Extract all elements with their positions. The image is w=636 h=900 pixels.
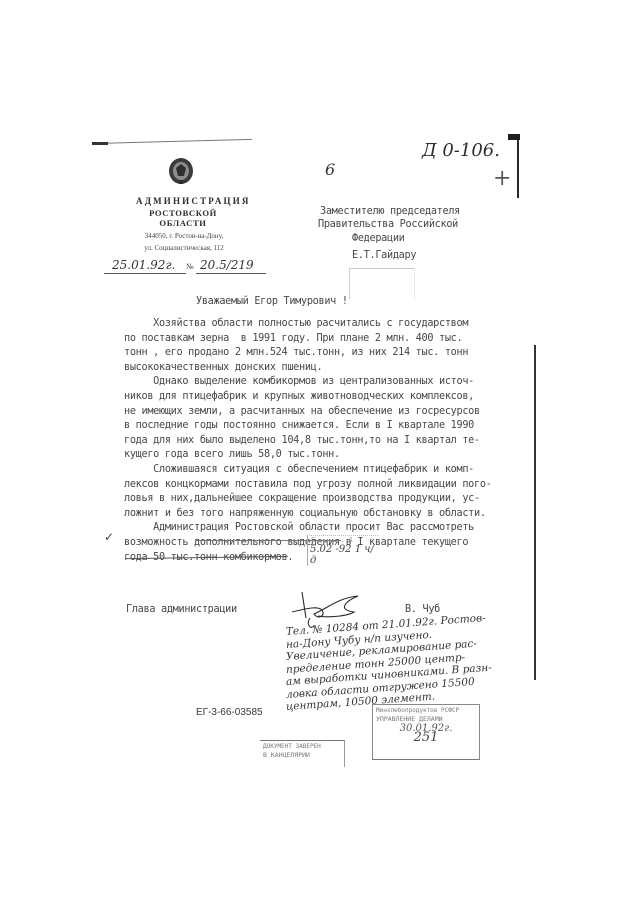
letter-date-underline: [104, 273, 186, 274]
document-code: ЕГ-3-66-03585: [196, 707, 263, 718]
body-line: Сложившаяся ситуация с обеспечением птиц…: [124, 463, 524, 478]
scan-artifact-top-mark: [92, 142, 108, 145]
body-line: по поставкам зерна в 1991 году. При план…: [124, 332, 524, 347]
registration-number-annotation: Д 0-106.: [422, 140, 500, 161]
handwritten-resolution: Тел. № 10284 от 21.01.92г. Ростов-на-Дон…: [286, 626, 506, 714]
body-line: тонн , его продано 2 млн.524 тыс.тонн, и…: [124, 346, 524, 361]
letter-date: 25.01.92г.: [112, 258, 175, 272]
body-line: высококачественных донских пшениц.: [124, 361, 524, 376]
signatory-name: В. Чуб: [405, 604, 440, 615]
body-line: в последние годы постоянно снижается. Ес…: [124, 419, 524, 434]
department-stamp: ДОКУМЕНТ ЗАВЕРЕН В КАНЦЕЛЯРИИ: [260, 740, 345, 767]
check-mark-annotation: ✓: [104, 530, 114, 544]
org-address-line1: 344050, г. Ростов-на-Дону,: [128, 232, 240, 240]
department-stamp-line2: В КАНЦЕЛЯРИИ: [263, 751, 341, 760]
receipt-stamp-line1: С..... ..1: [308, 536, 378, 544]
body-line: Администрация Ростовской области просит …: [124, 521, 524, 536]
department-stamp-line1: ДОКУМЕНТ ЗАВЕРЕН: [263, 742, 341, 751]
registry-stamp-number: 251: [376, 733, 476, 742]
registry-stamp: Минхлебопродуктов РСФСР УПРАВЛЕНИЕ ДЕЛАМ…: [372, 704, 480, 760]
body-line: ложнит и без того напряженную социальную…: [124, 507, 524, 522]
body-line: не имеющих земли, а расчитанных на обесп…: [124, 405, 524, 420]
addressee-line4: Е.Т.Гайдару: [352, 250, 416, 261]
plus-mark-annotation: +: [493, 166, 511, 191]
body-line: лексов концкормами поставила под угрозу …: [124, 478, 524, 493]
receipt-stamp-line2: 5.02 -92 1 ч/д: [308, 544, 378, 566]
scan-artifact-right-edge: [517, 136, 519, 198]
letter-number-underline: [196, 273, 266, 274]
body-line: ловья в них,дальнейшее сокращение произв…: [124, 492, 524, 507]
letter-number: 20.5/219: [200, 258, 254, 272]
body-line: года для них было выделено 104,8 тыс.тон…: [124, 434, 524, 449]
body-line: Однако выделение комбикормов из централи…: [124, 375, 524, 390]
body-line: Хозяйства области полностью расчитались …: [124, 317, 524, 332]
salutation: Уважаемый Егор Тимурович !: [196, 296, 348, 307]
addressee-line1: Заместителю председателя: [320, 206, 460, 217]
body-line: ников для птицефабрик и крупных животнов…: [124, 390, 524, 405]
registry-stamp-line1: Минхлебопродуктов РСФСР: [376, 706, 476, 715]
receipt-stamp: С..... ..1 5.02 -92 1 ч/д: [307, 535, 378, 566]
signature-title: Глава администрации: [126, 604, 237, 615]
addressee-line2: Правительства Российской: [318, 219, 458, 230]
addressee-line3: Федерации: [352, 233, 405, 244]
org-name-line1: АДМИНИСТРАЦИЯ: [136, 196, 231, 206]
page-number-annotation: 6: [325, 160, 335, 179]
org-address-line2: ул. Социалистическая, 112: [128, 244, 240, 252]
faint-stamp-outline: [349, 268, 415, 299]
scan-artifact-right-corner: [508, 134, 520, 140]
coat-of-arms-emblem: [168, 156, 194, 186]
number-label: №: [186, 262, 194, 271]
body-line: кущего года всего лишь 58,0 тыс.тонн.: [124, 448, 524, 463]
scan-artifact-right-line: [534, 345, 536, 680]
scan-artifact-top-line: [92, 139, 252, 144]
org-name-line2: РОСТОВСКОЙ ОБЛАСТИ: [128, 208, 238, 228]
